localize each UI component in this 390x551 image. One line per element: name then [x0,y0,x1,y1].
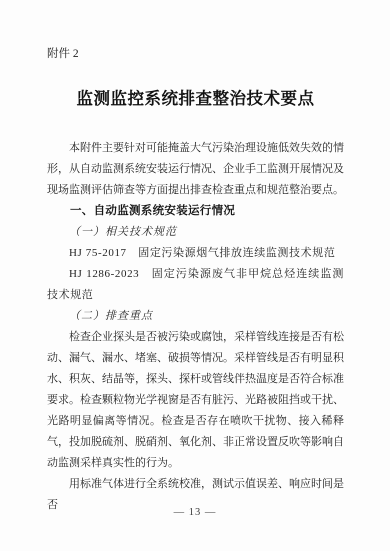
standard-item-hj1286: HJ 1286-2023 固定污染源废气非甲烷总烃连续监测技术规范 [47,264,344,306]
document-title: 监测监控系统排查整治技术要点 [47,88,344,110]
document-page: 附件 2 监测监控系统排查整治技术要点 本附件主要针对可能掩盖大气污染治理设施低… [0,0,390,551]
subsection-heading-technical-standards: （一）相关技术规范 [47,222,344,243]
subsection-heading-inspection-focus: （二）排查重点 [47,306,344,327]
page-number: — 13 — [0,502,390,523]
intro-paragraph: 本附件主要针对可能掩盖大气污染治理设施低效失效的情形，从自动监测系统安装运行情况… [47,138,344,201]
section-heading-auto-monitoring: 一、自动监测系统安装运行情况 [47,201,344,222]
inspection-paragraph: 检查企业探头是否被污染或腐蚀，采样管线连接是否有松动、漏气、漏水、堵塞、破损等情… [47,327,344,474]
standard-item-hj75: HJ 75-2017 固定污染源烟气排放连续监测技术规范 [47,243,344,264]
attachment-label: 附件 2 [47,46,344,62]
